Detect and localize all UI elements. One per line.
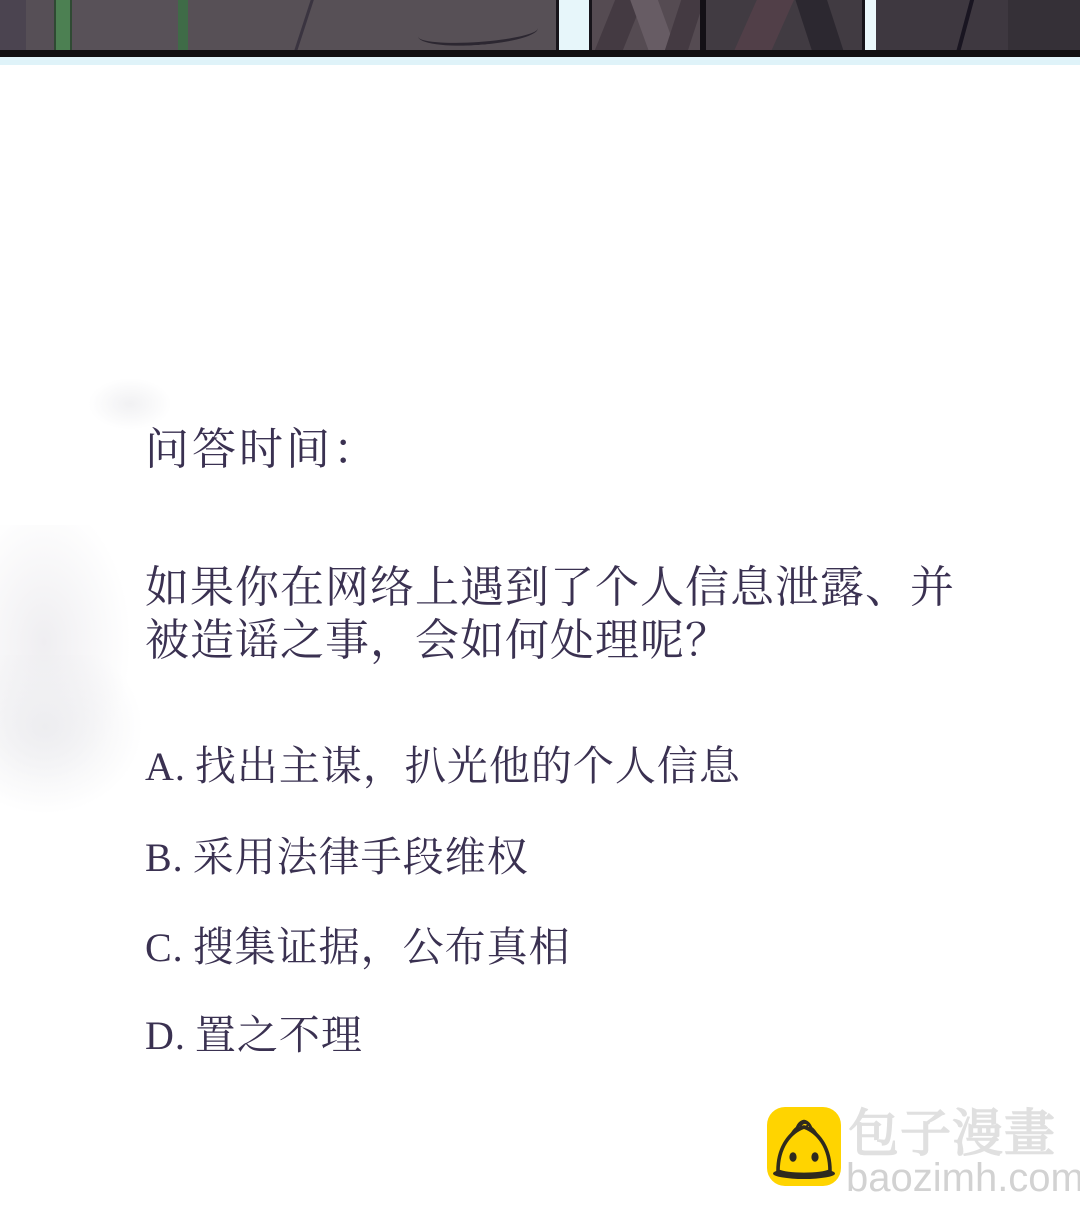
option-a: A.找出主谋，扒光他的个人信息 [145, 742, 741, 791]
faint-art-wisp [0, 655, 144, 815]
option-b-letter: B. [145, 835, 184, 880]
option-c-letter: C. [145, 925, 184, 970]
qa-heading: 问答时间： [145, 427, 380, 473]
comic-page: 问答时间： 如果你在网络上遇到了个人信息泄露、并 被造谣之事，会如何处理呢？ A… [0, 0, 1080, 1217]
green-stripe [178, 0, 188, 50]
faint-art-wisp [0, 525, 132, 785]
option-d-letter: D. [145, 1013, 186, 1058]
panel-shape [70, 0, 178, 50]
option-b-text: 采用法律手段维权 [193, 834, 529, 880]
faint-art-wisp [88, 378, 172, 430]
option-c-text: 搜集证据，公布真相 [193, 924, 571, 970]
background-gap [556, 0, 592, 50]
watermark-site-name: 包子漫畫 [848, 1106, 1056, 1162]
question-line-2: 被造谣之事，会如何处理呢？ [145, 614, 955, 667]
panel-background-strip [0, 57, 1080, 65]
option-c: C.搜集证据，公布真相 [145, 923, 571, 972]
green-stripe [54, 0, 72, 50]
option-a-letter: A. [145, 744, 186, 789]
question-line-1: 如果你在网络上遇到了个人信息泄露、并 [145, 561, 955, 614]
panel-border-line [0, 50, 1080, 57]
option-d-text: 置之不理 [195, 1012, 363, 1058]
option-d: D.置之不理 [145, 1011, 363, 1060]
watermark-site-domain: baozimh.com [846, 1156, 1080, 1200]
panel-shape [0, 0, 26, 50]
baozi-bun-icon [767, 1107, 841, 1186]
option-a-text: 找出主谋，扒光他的个人信息 [195, 743, 741, 789]
panel-shape [1008, 0, 1080, 50]
option-b: B.采用法律手段维权 [145, 833, 529, 882]
qa-question: 如果你在网络上遇到了个人信息泄露、并 被造谣之事，会如何处理呢？ [145, 561, 955, 667]
comic-panel-strip [0, 0, 1080, 50]
